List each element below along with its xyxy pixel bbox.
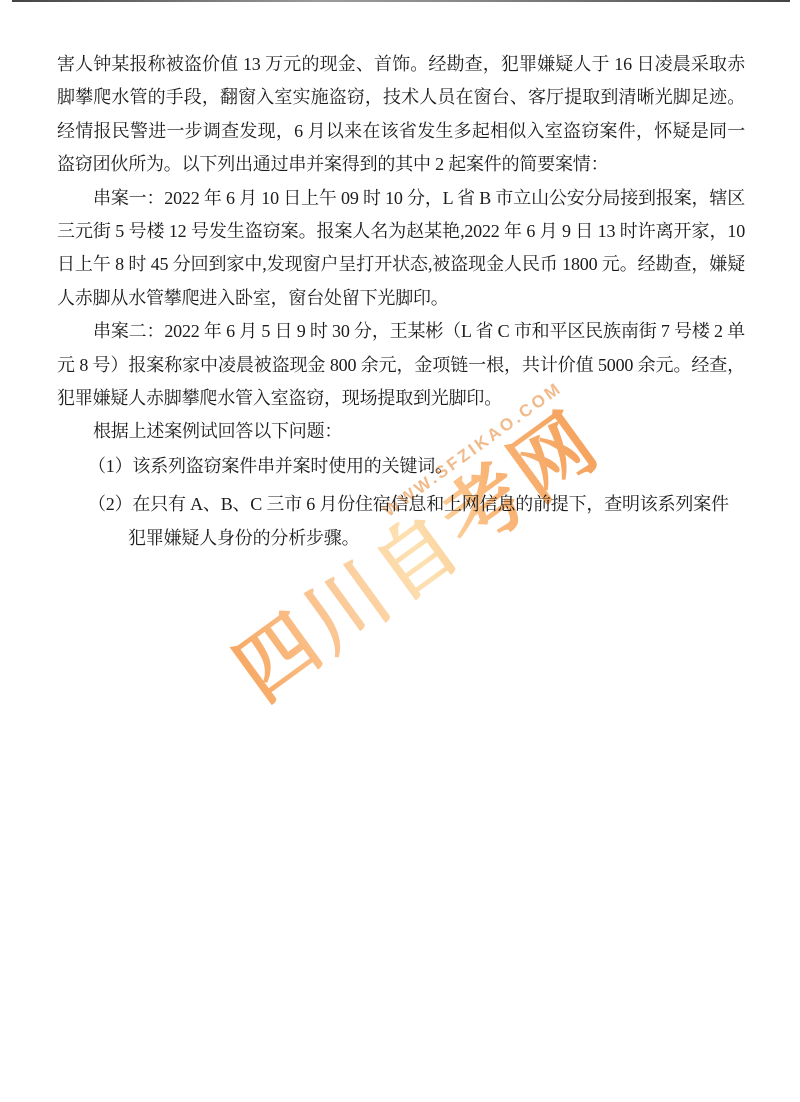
paragraph-linked-case-2: 串案二：2022 年 6 月 5 日 9 时 30 分，王某彬（L 省 C 市和… [57, 315, 745, 415]
question-1: （1）该系列盗窃案件串并案时使用的关键词。 [57, 449, 745, 483]
document-body: 害人钟某报称被盗价值 13 万元的现金、首饰。经勘查，犯罪嫌疑人于 16 日凌晨… [0, 0, 800, 555]
question-2-text-line-1: （2）在只有 A、B、C 三市 6 月份住宿信息和上网信息的前提下，查明该系列案… [88, 487, 745, 521]
question-2: （2）在只有 A、B、C 三市 6 月份住宿信息和上网信息的前提下，查明该系列案… [57, 487, 745, 555]
question-1-text: （1）该系列盗窃案件串并案时使用的关键词。 [88, 449, 745, 483]
paragraph-question-lead-in: 根据上述案例试回答以下问题： [57, 415, 745, 448]
paragraph-linked-case-1: 串案一：2022 年 6 月 10 日上午 09 时 10 分，L 省 B 市立… [57, 182, 745, 316]
question-2-text-line-2: 犯罪嫌疑人身份的分析步骤。 [128, 521, 745, 555]
paragraph-case-intro: 害人钟某报称被盗价值 13 万元的现金、首饰。经勘查，犯罪嫌疑人于 16 日凌晨… [57, 48, 745, 182]
exam-paper-page: WWW.SFZIKAO.COM 四川自考网 害人钟某报称被盗价值 13 万元的现… [0, 0, 800, 1102]
question-list: （1）该系列盗窃案件串并案时使用的关键词。 （2）在只有 A、B、C 三市 6 … [57, 449, 745, 555]
